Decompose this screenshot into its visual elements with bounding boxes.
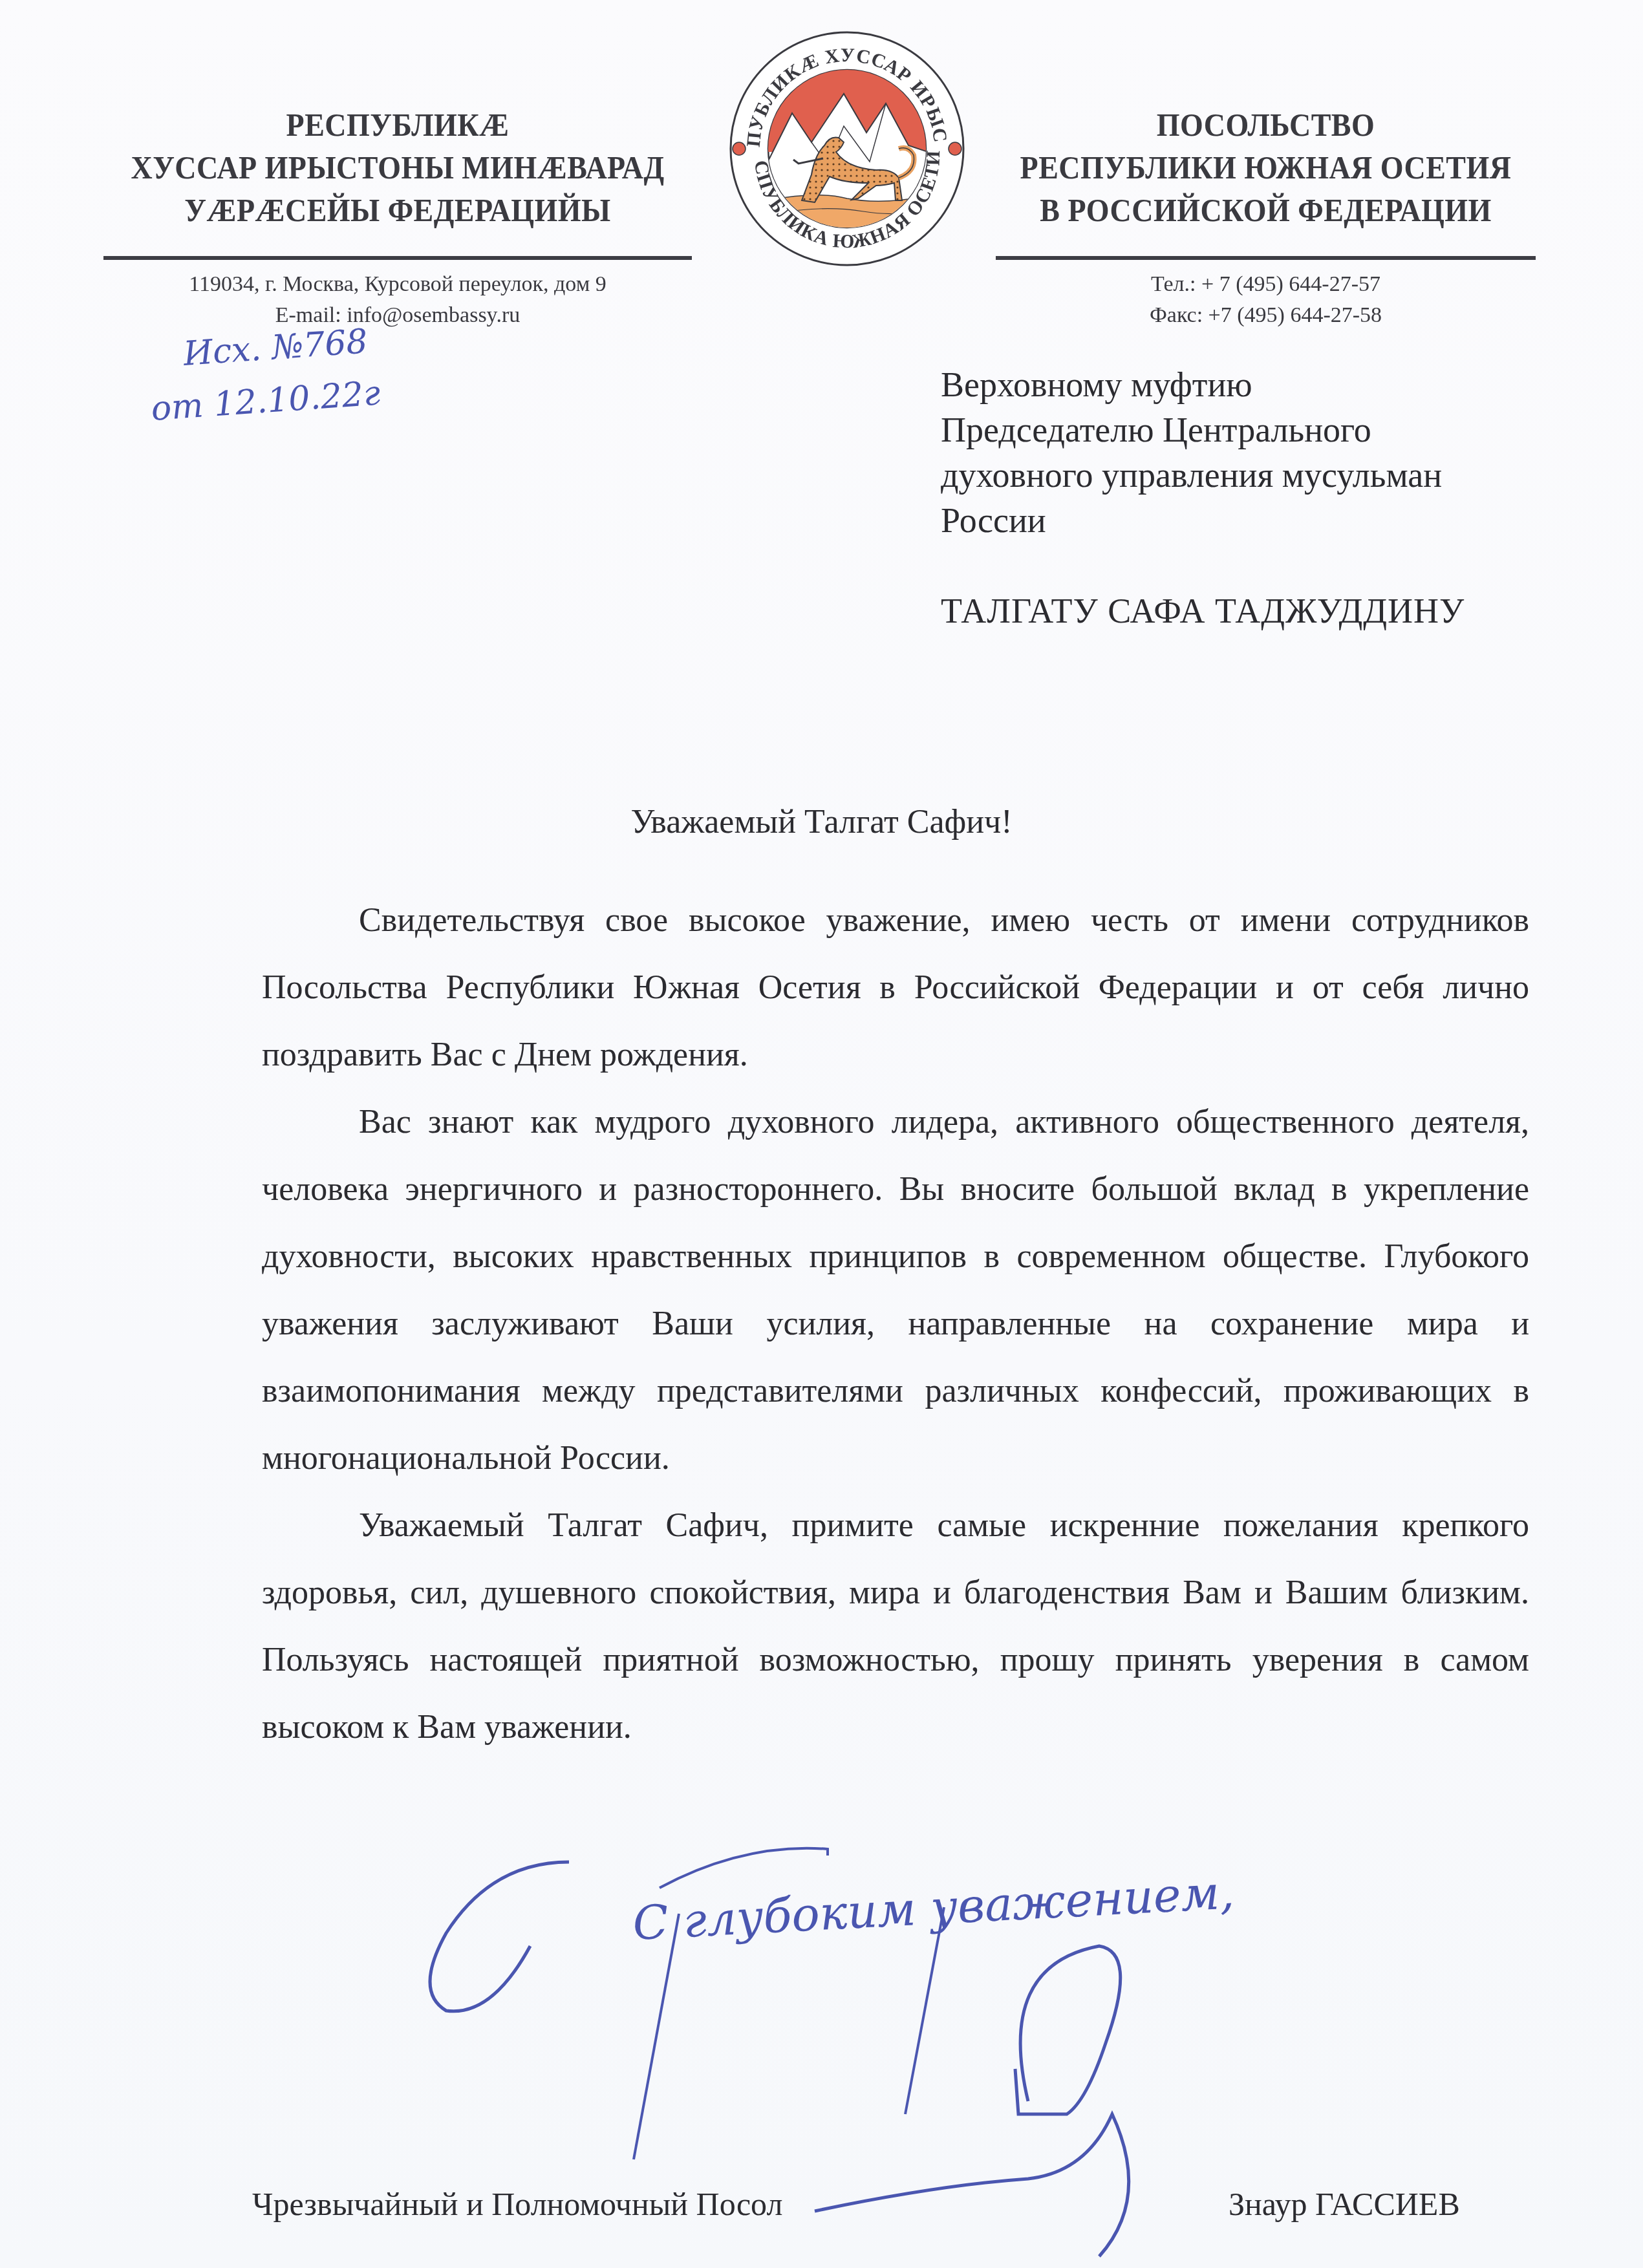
handwritten-closing: С глубоким уважением, <box>631 1865 1235 1951</box>
letterhead-left: РЕСПУБЛИКÆ ХУССАР ИРЫСТОНЫ МИНÆВАРАД УÆР… <box>103 103 692 331</box>
letter-paragraph: Свидетельствуя свое высокое уважение, им… <box>262 887 1529 1089</box>
addressee-line: Верховному муфтию <box>941 362 1465 407</box>
signatory-name: Знаур ГАССИЕВ <box>1229 2185 1460 2223</box>
letterhead-right-title-line: РЕСПУБЛИКИ ЮЖНАЯ ОСЕТИЯ <box>1017 146 1514 189</box>
emblem-logo-icon: РЕСПУБЛИКÆ ХУССАР ИРЫСТОН РЕСПУБЛИКА ЮЖН… <box>714 16 980 281</box>
addressee-line: России <box>941 498 1465 543</box>
letter-paragraph: Вас знают как мудрого духовного лидера, … <box>262 1089 1529 1492</box>
signatory-title: Чрезвычайный и Полномочный Посол <box>252 2185 782 2223</box>
addressee-line: Председателю Центрального <box>941 407 1465 453</box>
letter-greeting: Уважаемый Талгат Сафич! <box>0 803 1643 841</box>
letter-body: Свидетельствуя свое высокое уважение, им… <box>262 887 1529 1761</box>
letterhead-left-title-line: УÆРÆСЕЙЫ ФЕДЕРАЦИЙЫ <box>127 189 668 231</box>
addressee-block: Верховному муфтию Председателю Центральн… <box>941 362 1465 634</box>
letterhead-left-title-line: ХУССАР ИРЫСТОНЫ МИНÆВАРАД <box>127 146 668 189</box>
handwritten-registration-note: Исх. №768 от 12.10.22г <box>139 323 424 433</box>
letterhead-right-title-line: ПОСОЛЬСТВО <box>1017 103 1514 146</box>
embassy-address: 119034, г. Москва, Курсовой переулок, до… <box>103 269 692 300</box>
letterhead-right-divider <box>996 256 1536 260</box>
handwritten-note-line1: Исх. №768 <box>182 323 369 374</box>
handwritten-note-line2: от 12.10.22г <box>150 374 381 429</box>
letter-page: РЕСПУБЛИКÆ ХУССАР ИРЫСТОНЫ МИНÆВАРАД УÆР… <box>0 0 1643 2268</box>
letterhead-left-title-line: РЕСПУБЛИКÆ <box>127 103 668 146</box>
embassy-fax: Факс: +7 (495) 644-27-58 <box>996 300 1536 331</box>
embassy-phone: Тел.: + 7 (495) 644-27-57 <box>996 269 1536 300</box>
letterhead-left-divider <box>103 256 692 260</box>
addressee-line: духовного управления мусульман <box>941 453 1465 498</box>
letter-paragraph: Уважаемый Талгат Сафич, примите самые ис… <box>262 1492 1529 1761</box>
letterhead-right-title-line: В РОССИЙСКОЙ ФЕДЕРАЦИИ <box>1017 189 1514 231</box>
addressee-name: ТАЛГАТУ САФА ТАДЖУДДИНУ <box>941 588 1465 634</box>
letterhead-right: ПОСОЛЬСТВО РЕСПУБЛИКИ ЮЖНАЯ ОСЕТИЯ В РОС… <box>996 103 1536 331</box>
